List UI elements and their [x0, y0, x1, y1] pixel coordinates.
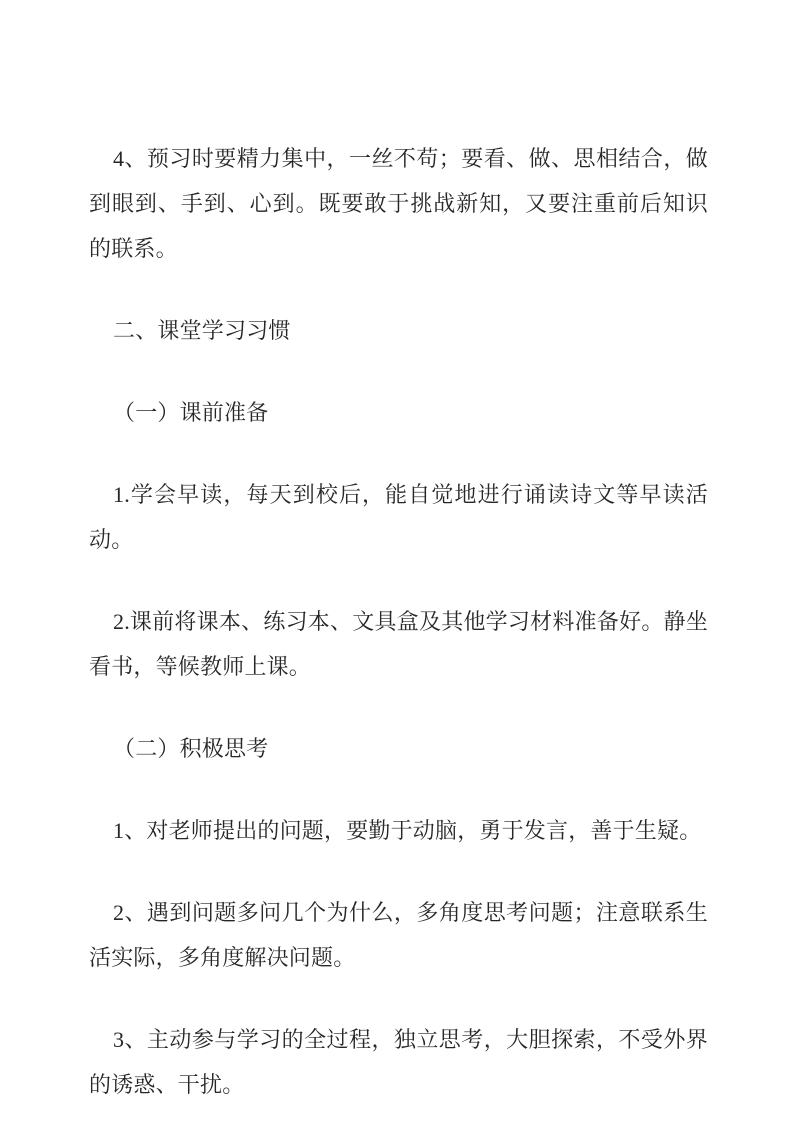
paragraph-independent-thinking: 3、主动参与学习的全过程，独立思考，大胆探索，不受外界的诱惑、干扰。: [89, 1017, 708, 1107]
paragraph-ask-why: 2、遇到问题多问几个为什么，多角度思考问题；注意联系生活实际，多角度解决问题。: [89, 890, 708, 980]
subsection-heading-active-thinking: （二）积极思考: [89, 726, 708, 771]
document-page: 4、预习时要精力集中，一丝不苟；要看、做、思相结合，做到眼到、手到、心到。既要敢…: [0, 0, 793, 1122]
paragraph-prepare-materials: 2.课前将课本、练习本、文具盒及其他学习材料准备好。静坐看书，等候教师上课。: [89, 599, 708, 689]
paragraph-morning-reading: 1.学会早读，每天到校后，能自觉地进行诵读诗文等早读活动。: [89, 472, 708, 562]
paragraph-teacher-questions: 1、对老师提出的问题，要勤于动脑，勇于发言，善于生疑。: [89, 808, 708, 853]
paragraph-preview-habit-4: 4、预习时要精力集中，一丝不苟；要看、做、思相结合，做到眼到、手到、心到。既要敢…: [89, 136, 708, 271]
subsection-heading-pre-class-preparation: （一）课前准备: [89, 390, 708, 435]
section-heading-classroom-habits: 二、课堂学习习惯: [89, 308, 708, 353]
